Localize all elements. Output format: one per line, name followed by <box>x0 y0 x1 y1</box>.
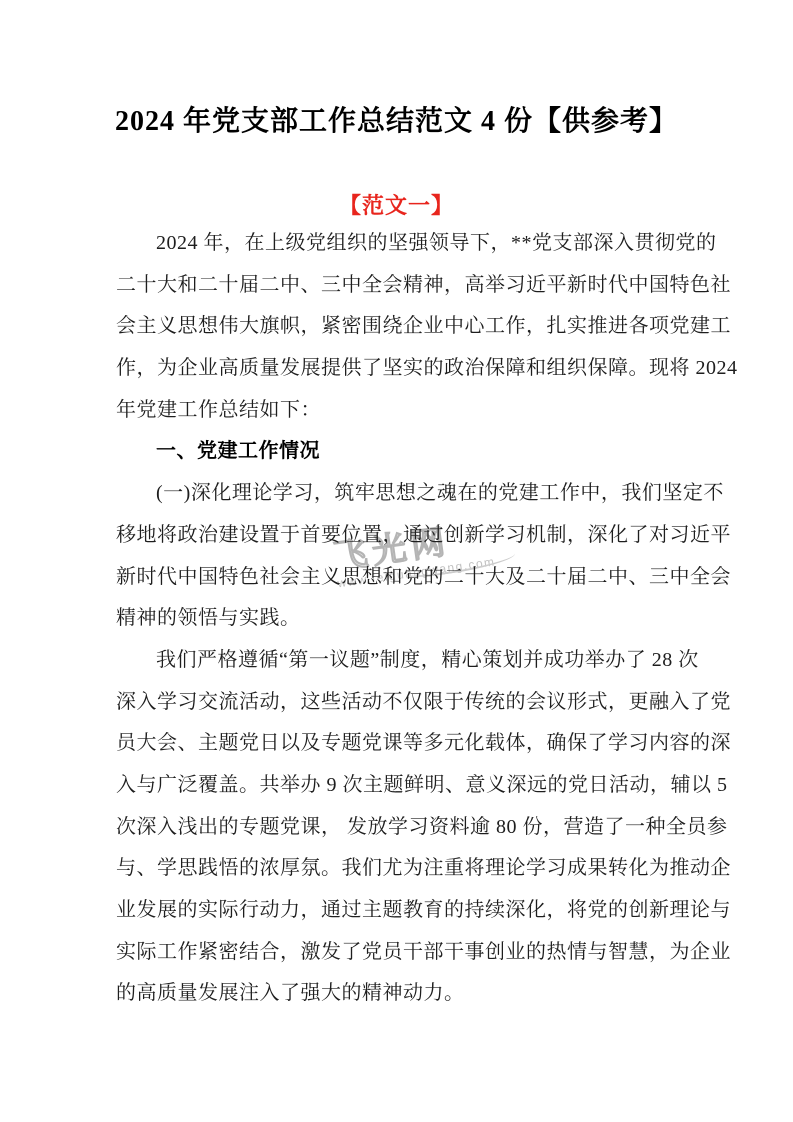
document-body: 2024 年，在上级党组织的坚强领导下，**党支部深入贯彻党的二十大和二十届二中… <box>116 223 682 1015</box>
text-line: 作，为企业高质量发展提供了坚实的政治保障和组织保障。现将 2024 <box>116 348 682 390</box>
text-line: 深入学习交流活动，这些活动不仅限于传统的会议形式，更融入了党 <box>116 682 682 724</box>
text-line: 次深入浅出的专题党课， 发放学习资料逾 80 份，营造了一种全员参 <box>116 807 682 849</box>
text-line: 业发展的实际行动力，通过主题教育的持续深化，将党的创新理论与 <box>116 890 682 932</box>
text-line: 实际工作紧密结合，激发了党员干部干事创业的热情与智慧，为企业 <box>116 932 682 974</box>
paragraph: 2024 年，在上级党组织的坚强领导下，**党支部深入贯彻党的二十大和二十届二中… <box>116 223 682 431</box>
text-line: 新时代中国特色社会主义思想和党的二十大及二十届二中、三中全会 <box>116 557 682 599</box>
text-line: 年党建工作总结如下： <box>116 390 682 432</box>
text-line: 我们严格遵循“第一议题”制度，精心策划并成功举办了 28 次 <box>116 640 682 682</box>
document-title: 2024 年党支部工作总结范文 4 份【供参考】 <box>0 99 793 139</box>
section-heading: 一、党建工作情况 <box>116 431 682 473</box>
text-line: 与、学思践悟的浓厚氛。我们尤为注重将理论学习成果转化为推动企 <box>116 848 682 890</box>
paragraph: 我们严格遵循“第一议题”制度，精心策划并成功举办了 28 次深入学习交流活动，这… <box>116 640 682 1015</box>
text-line: 会主义思想伟大旗帜，紧密围绕企业中心工作，扎实推进各项党建工 <box>116 306 682 348</box>
text-line: 一、党建工作情况 <box>116 431 682 473</box>
text-line: 入与广泛覆盖。共举办 9 次主题鲜明、意义深远的党日活动，辅以 5 <box>116 765 682 807</box>
document-page: 2024 年党支部工作总结范文 4 份【供参考】 【范文一】 飞光网 www.f… <box>0 0 793 1122</box>
text-line: 2024 年，在上级党组织的坚强领导下，**党支部深入贯彻党的 <box>116 223 682 265</box>
text-line: 移地将政治建设置于首要位置，通过创新学习机制，深化了对习近平 <box>116 515 682 557</box>
text-line: 的高质量发展注入了强大的精神动力。 <box>116 973 682 1015</box>
text-line: 二十大和二十届二中、三中全会精神，高举习近平新时代中国特色社 <box>116 265 682 307</box>
paragraph: (一)深化理论学习，筑牢思想之魂在的党建工作中，我们坚定不移地将政治建设置于首要… <box>116 473 682 640</box>
text-line: (一)深化理论学习，筑牢思想之魂在的党建工作中，我们坚定不 <box>116 473 682 515</box>
section-label: 【范文一】 <box>0 189 793 220</box>
text-line: 员大会、主题党日以及专题党课等多元化载体，确保了学习内容的深 <box>116 723 682 765</box>
text-line: 精神的领悟与实践。 <box>116 598 682 640</box>
